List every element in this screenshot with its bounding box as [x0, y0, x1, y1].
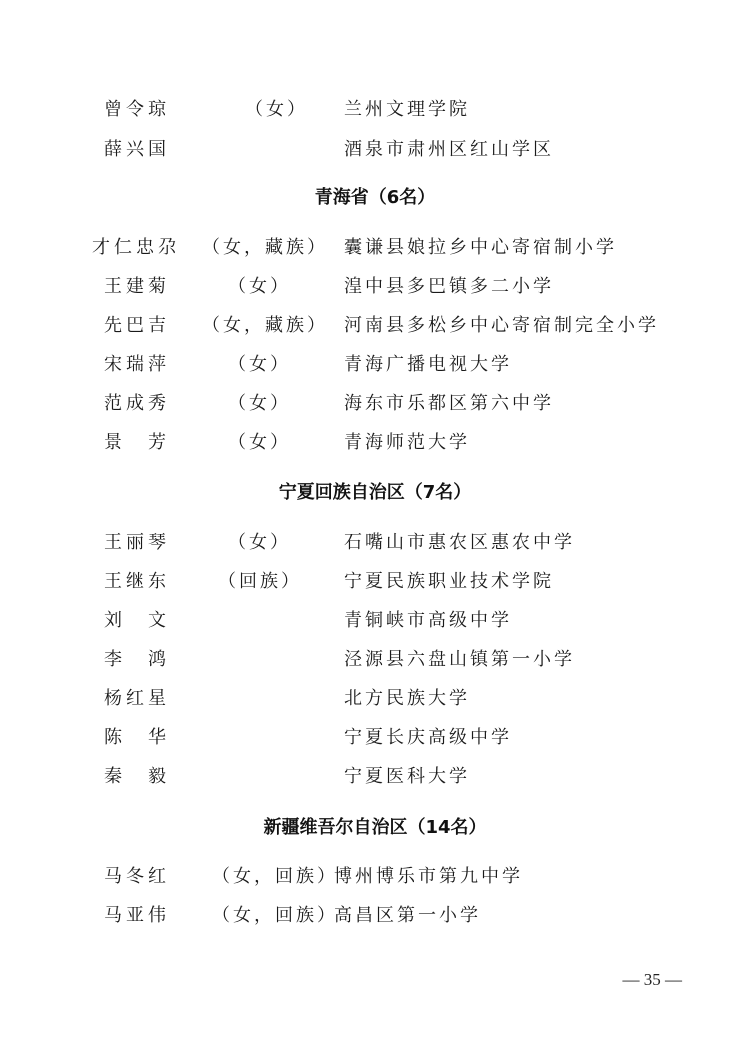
list-item: 宋瑞萍 （女） 青海广播电视大学	[0, 352, 750, 378]
person-note: （女，藏族）	[202, 313, 328, 339]
person-org: 泾源县六盘山镇第一小学	[344, 647, 575, 673]
list-item: 王建菊 （女） 湟中县多巴镇多二小学	[0, 274, 750, 300]
person-note: （女）	[228, 430, 291, 456]
person-note: （女）	[228, 274, 291, 300]
person-name: 薛兴国	[104, 137, 170, 163]
person-org: 宁夏民族职业技术学院	[344, 569, 554, 595]
list-item: 杨红星 北方民族大学	[0, 686, 750, 712]
list-item: 景 芳 （女） 青海师范大学	[0, 430, 750, 456]
person-note: （女，藏族）	[202, 235, 328, 261]
person-name: 李 鸿	[104, 647, 170, 673]
person-name: 才仁忠尕	[92, 235, 180, 261]
list-item: 李 鸿 泾源县六盘山镇第一小学	[0, 647, 750, 673]
person-org: 海东市乐都区第六中学	[344, 391, 554, 417]
person-org: 石嘴山市惠农区惠农中学	[344, 530, 575, 556]
person-name: 曾令琼	[104, 97, 170, 123]
list-item: 王丽琴 （女） 石嘴山市惠农区惠农中学	[0, 530, 750, 556]
person-name: 马冬红	[104, 864, 170, 890]
list-item: 曾令琼 （女） 兰州文理学院	[0, 97, 750, 123]
person-name: 范成秀	[104, 391, 170, 417]
person-name: 杨红星	[104, 686, 170, 712]
person-org: 河南县多松乡中心寄宿制完全小学	[344, 313, 659, 339]
list-item: 先巴吉 （女，藏族） 河南县多松乡中心寄宿制完全小学	[0, 313, 750, 339]
person-note: （女）	[228, 352, 291, 378]
person-name: 王丽琴	[104, 530, 170, 556]
person-org: 宁夏长庆高级中学	[344, 725, 512, 751]
list-item: 马冬红 （女，回族） 博州博乐市第九中学	[0, 864, 750, 890]
section-heading-ningxia: 宁夏回族自治区（7名）	[0, 480, 750, 506]
person-org: 高昌区第一小学	[334, 903, 481, 929]
person-name: 陈 华	[104, 725, 170, 751]
person-org: 青铜峡市高级中学	[344, 608, 512, 634]
person-name: 秦 毅	[104, 764, 170, 790]
section-heading-qinghai: 青海省（6名）	[0, 185, 750, 211]
person-note: （回族）	[218, 569, 302, 595]
person-name: 王继东	[104, 569, 170, 595]
person-org: 北方民族大学	[344, 686, 470, 712]
person-org: 博州博乐市第九中学	[334, 864, 523, 890]
person-org: 青海师范大学	[344, 430, 470, 456]
person-note: （女，回族）	[212, 864, 338, 890]
person-name: 先巴吉	[104, 313, 170, 339]
person-name: 宋瑞萍	[104, 352, 170, 378]
list-item: 王继东 （回族） 宁夏民族职业技术学院	[0, 569, 750, 595]
list-item: 秦 毅 宁夏医科大学	[0, 764, 750, 790]
person-note: （女）	[228, 391, 291, 417]
person-org: 囊谦县娘拉乡中心寄宿制小学	[344, 235, 617, 261]
list-item: 刘 文 青铜峡市高级中学	[0, 608, 750, 634]
person-note: （女，回族）	[212, 903, 338, 929]
person-org: 青海广播电视大学	[344, 352, 512, 378]
person-note: （女）	[245, 97, 308, 123]
person-name: 马亚伟	[104, 903, 170, 929]
page-number: — 35 —	[623, 970, 683, 990]
person-name: 景 芳	[104, 430, 170, 456]
list-item: 才仁忠尕 （女，藏族） 囊谦县娘拉乡中心寄宿制小学	[0, 235, 750, 261]
list-item: 陈 华 宁夏长庆高级中学	[0, 725, 750, 751]
person-org: 酒泉市肃州区红山学区	[344, 137, 554, 163]
person-name: 王建菊	[104, 274, 170, 300]
list-item: 薛兴国 酒泉市肃州区红山学区	[0, 137, 750, 163]
person-note: （女）	[228, 530, 291, 556]
person-org: 兰州文理学院	[344, 97, 470, 123]
list-item: 马亚伟 （女，回族） 高昌区第一小学	[0, 903, 750, 929]
person-name: 刘 文	[104, 608, 170, 634]
section-heading-xinjiang: 新疆维吾尔自治区（14名）	[0, 815, 750, 841]
person-org: 湟中县多巴镇多二小学	[344, 274, 554, 300]
list-item: 范成秀 （女） 海东市乐都区第六中学	[0, 391, 750, 417]
person-org: 宁夏医科大学	[344, 764, 470, 790]
